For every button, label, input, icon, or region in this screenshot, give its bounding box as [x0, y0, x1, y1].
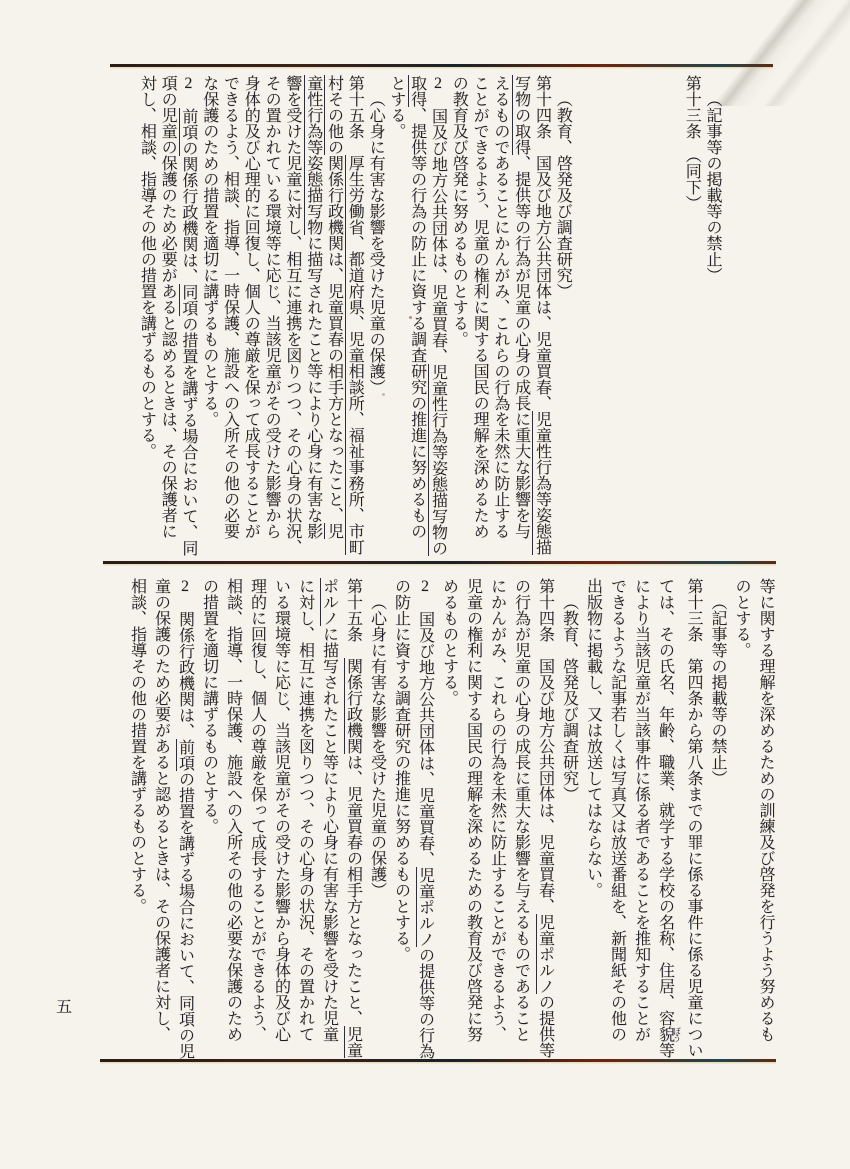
plain-text: の措置を講ずる場合において、同 — [180, 316, 197, 556]
plain-text: その置かれている環境等に応じ、当該児童がその受けた影響から — [263, 75, 280, 539]
plain-text: のとする。 — [733, 578, 750, 658]
scanned-page: （記事等の掲載等の禁止）第十三条 （同下）（教育、啓発及び調査研究）第十四条 国… — [0, 0, 850, 1169]
text-column: 第十三条 第四条から第八条までの罪に係る事件に係る児童につい — [681, 578, 705, 1060]
plain-text: の行為が児童の心身の成長に重大な影響を与えるものであること — [513, 578, 530, 1042]
plain-text: （記事等の掲載等の禁止） — [704, 91, 721, 283]
text-column: 2 国及び地方公共団体は、児童買春、児童ポルノの提供等の行為 — [413, 578, 437, 1060]
text-column: により当該児童が当該事件に係る者であることを推知することが — [629, 578, 653, 1060]
text-column: 理的に回復し、個人の尊厳を保って成長することができるよう、 — [245, 578, 269, 1060]
text-column: 童性行為等姿態描写物に描写されたこと等により心身に有害な影 — [302, 75, 323, 563]
article-heading-column: （教育、啓発及び調査研究） — [557, 578, 581, 1060]
text-column: な保護のための措置を適切に講ずるものとする。 — [198, 75, 219, 563]
plain-text: の措置を講ずる場合において、同項の児 — [177, 771, 194, 1059]
plain-text: 童の保護のため必要があると認めるときは、その保護者に対し、 — [153, 578, 170, 1042]
article-heading-column: （記事等の掲載等の禁止） — [705, 578, 729, 1060]
text-column: ことができるよう、児童の権利に関する国民の理解を深めるため — [468, 75, 489, 563]
emphasized-text: 前項 — [176, 739, 194, 771]
plain-text: （心身に有害な影響を受けた児童の保護） — [369, 594, 386, 898]
text-column: 第十四条 国及び地方公共団体は、児童買春、児童性行為等姿態描 — [531, 75, 552, 563]
text-column: の教育及び啓発に努めるものとする。 — [447, 75, 468, 563]
text-column: の行為が児童の心身の成長に重大な影響を与えるものであること — [509, 578, 533, 1060]
plain-text: 相談、指導、一時保護、施設への入所その他の必要な保護のため — [225, 578, 242, 1042]
text-column: ては、その氏名、年齢、職業、就学する学校の名称、住居、容貌ぼう等 — [653, 578, 682, 1060]
plain-text: に描写されたこと等により心身に有害な影 — [305, 235, 322, 539]
ruby-annotated-text: 貌ぼう — [657, 1026, 674, 1042]
text-column: 第十五条 厚生労働省、都道府県、児童相談所、福祉事務所、市町 — [343, 75, 364, 563]
plain-text: 関係行政機関は、 — [180, 156, 197, 284]
plain-text: いる環境等に応じ、当該児童がその受けた影響から身体的及び心 — [273, 578, 290, 1042]
plain-text: の防止に資する調査研究の推進に努めるものとする。 — [393, 578, 410, 962]
text-column: できるような記事若しくは写真又は放送番組を、新聞紙その他の — [605, 578, 629, 1060]
text-column: 相談、指導その他の措置を講ずるものとする。 — [125, 578, 149, 1060]
text-column: のとする。 — [729, 578, 753, 1060]
text-column: 項の児童の保護のため必要があると認めるときは、その保護者に — [156, 75, 177, 563]
emphasized-text: 写物の取得 — [512, 75, 530, 155]
text-column: 取得、提供等の行為の防止に資する調査研究の推進に努めるもの — [406, 75, 427, 563]
text-column: 2 前項の関係行政機関は、同項の措置を講ずる場合において、同 — [177, 75, 198, 563]
plain-text: 対し、相談、指導その他の措置を講ずるものとする。 — [138, 75, 155, 459]
emphasized-text: 児童ポルノ — [416, 867, 434, 947]
plain-text: とする。 — [388, 75, 405, 139]
plain-text: 、提供等の行為が児童の心身の成長に重大な影響を与 — [513, 155, 530, 539]
plain-text: に描写されたこと等により心身に有害な影響を受けた児童 — [321, 626, 338, 1042]
emphasized-text: 児童 — [344, 1026, 362, 1058]
emphasized-text: 前項の — [179, 108, 197, 156]
text-column: 第十五条 関係行政機関は、児童買春の相手方となったこと、児童 — [341, 578, 365, 1060]
text-column: 2 国及び地方公共団体は、児童買春、児童性行為等姿態描写物の — [427, 75, 448, 563]
plain-text: できるような記事若しくは写真又は放送番組を、新聞紙その他の — [609, 578, 626, 1042]
plain-text: ては、その氏名、年齢、職業、就学する学校の名称、住居、容 — [657, 578, 674, 1026]
article-heading-column: （心身に有害な影響を受けた児童の保護） — [365, 578, 389, 1060]
plain-text: ことができるよう、児童の権利に関する国民の理解を深めるため — [471, 75, 488, 539]
top-divider-rule — [110, 64, 773, 67]
column-gap — [572, 75, 680, 76]
emphasized-text: ポルノ — [320, 578, 338, 626]
plain-text: 児童の権利に関する国民の理解を深めるための教育及び啓発に努 — [465, 578, 482, 1042]
scan-speck — [382, 393, 385, 396]
plain-text: 響を受けた児童に対し、相互に連携を図りつつ、その心身の状況、 — [284, 75, 301, 555]
plain-text: 項の児童の保護のため必要があると認めるときは、その保護者に — [159, 75, 176, 539]
text-column: いる環境等に応じ、当該児童がその受けた影響から身体的及び心 — [269, 578, 293, 1060]
emphasized-text: 童性行為等姿態描写物 — [304, 75, 322, 235]
plain-text: の提供等の行為 — [417, 947, 434, 1059]
text-column: に対し、相互に連携を図りつつ、その心身の状況、その置かれて — [293, 578, 317, 1060]
plain-text: 等に関する理解を深めるための訓練及び啓発を行うよう努めるも — [757, 578, 774, 1042]
plain-text: 2 関係行政機関は、 — [177, 578, 194, 739]
text-column: 等に関する理解を深めるための訓練及び啓発を行うよう努めるも — [753, 578, 777, 1060]
text-column: めるものとする。 — [437, 578, 461, 1060]
text-column: その置かれている環境等に応じ、当該児童がその受けた影響から — [260, 75, 281, 563]
emphasized-text: 村その他の — [324, 75, 342, 155]
emphasized-text: 児童性行為等姿態描 — [532, 411, 550, 555]
article-heading-column: （教育、啓発及び調査研究） — [551, 75, 572, 563]
text-column: 写物の取得、提供等の行為が児童の心身の成長に重大な影響を与 — [510, 75, 531, 563]
text-column: できるよう、相談、指導、一時保護、施設への入所その他の必要 — [219, 75, 240, 563]
plain-text: は、児童買春の相手方となったこと、 — [345, 754, 362, 1026]
law-text-amended-section: （記事等の掲載等の禁止）第十三条 （同下）（教育、啓発及び調査研究）第十四条 国… — [136, 75, 722, 563]
plain-text: 等 — [657, 1042, 674, 1058]
text-column: ポルノに描写されたこと等により心身に有害な影響を受けた児童 — [317, 578, 341, 1060]
plain-text: 関係行政機関は、児童買春の相手方となったこと、 — [325, 155, 342, 523]
law-text-current-section: 等に関する理解を深めるための訓練及び啓発を行うよう努めるものとする。（記事等の掲… — [125, 578, 778, 1060]
text-column: 響を受けた児童に対し、相互に連携を図りつつ、その心身の状況、 — [281, 75, 302, 563]
plain-text: （教育、啓発及び調査研究） — [561, 594, 578, 802]
scan-speck — [409, 316, 412, 319]
plain-text: 身体的及び心理的に回復し、個人の尊厳を保って成長することが — [242, 75, 259, 539]
plain-text: 第十五条 — [346, 75, 363, 155]
plain-text: の教育及び啓発に努めるものとする。 — [450, 75, 467, 347]
plain-text: にかんがみ、これらの行為を未然に防止することができるよう、 — [489, 578, 506, 1042]
text-column: えるものであることにかんがみ、これらの行為を未然に防止する — [489, 75, 510, 563]
emphasized-text: 児 — [324, 523, 342, 539]
plain-text: えるものであることにかんがみ、これらの行為を未然に防止する — [492, 75, 509, 539]
emphasized-text: 関係行政機関 — [344, 658, 362, 754]
text-column: にかんがみ、これらの行為を未然に防止することができるよう、 — [485, 578, 509, 1060]
plain-text: 2 国及び地方公共団体は、児童買春、 — [417, 578, 434, 867]
plain-text: 、提供等の行為の防止に資する調査研究の推進に努めるもの — [409, 107, 426, 539]
plain-text: により当該児童が当該事件に係る者であることを推知することが — [633, 578, 650, 1042]
plain-text: めるものとする。 — [441, 578, 458, 706]
text-column: の措置を適切に講ずるものとする。 — [197, 578, 221, 1060]
plain-text: な保護のための措置を適切に講ずるものとする。 — [201, 75, 218, 427]
text-column: 児童の権利に関する国民の理解を深めるための教育及び啓発に努 — [461, 578, 485, 1060]
text-column: 身体的及び心理的に回復し、個人の尊厳を保って成長することが — [240, 75, 261, 563]
plain-text: 理的に回復し、個人の尊厳を保って成長することができるよう、 — [249, 578, 266, 1042]
emphasized-text: 取得 — [408, 75, 426, 107]
plain-text: （心身に有害な影響を受けた児童の保護） — [367, 91, 384, 395]
emphasized-text: 児童性行為等姿態描写物の — [428, 364, 446, 556]
text-column: 対し、相談、指導その他の措置を講ずるものとする。 — [136, 75, 157, 563]
plain-text: （記事等の掲載等の禁止） — [709, 594, 726, 786]
plain-text: 相談、指導その他の措置を講ずるものとする。 — [129, 578, 146, 914]
emphasized-text: 同項 — [179, 284, 197, 316]
text-column: 第十四条 国及び地方公共団体は、児童買春、児童ポルノの提供等 — [533, 578, 557, 1060]
emphasized-text: 厚生労働省、都道府県、児童相談所、福祉事務所、市町 — [345, 155, 363, 555]
text-column: 出版物に掲載し、又は放送してはならない。 — [581, 578, 605, 1060]
article-heading-column: （心身に有害な影響を受けた児童の保護） — [364, 75, 385, 563]
plain-text: 2 国及び地方公共団体は、児童買春、 — [429, 75, 446, 364]
plain-text: 第十三条 第四条から第八条までの罪に係る事件に係る児童につい — [685, 578, 702, 1058]
text-column: 相談、指導、一時保護、施設への入所その他の必要な保護のため — [221, 578, 245, 1060]
text-column: 童の保護のため必要があると認めるときは、その保護者に対し、 — [149, 578, 173, 1060]
emphasized-text: 児童ポルノ — [536, 914, 554, 994]
plain-text: （教育、啓発及び調査研究） — [554, 91, 571, 299]
plain-text: の措置を適切に講ずるものとする。 — [201, 578, 218, 834]
text-column: の防止に資する調査研究の推進に努めるものとする。 — [389, 578, 413, 1060]
article-heading-column: （記事等の掲載等の禁止） — [701, 75, 722, 563]
plain-text: 第十三条 （同下） — [683, 75, 700, 211]
page-number: 五 — [56, 994, 72, 1017]
text-column: 2 関係行政機関は、前項の措置を講ずる場合において、同項の児 — [173, 578, 197, 1060]
text-column: 村その他の関係行政機関は、児童買春の相手方となったこと、児 — [323, 75, 344, 563]
plain-text: 第十四条 国及び地方公共団体は、児童買春、 — [533, 75, 550, 411]
scan-speck — [536, 233, 539, 236]
plain-text: 第十五条 — [345, 578, 362, 658]
plain-text: できるよう、相談、指導、一時保護、施設への入所その他の必要 — [222, 75, 239, 539]
plain-text: に対し、相互に連携を図りつつ、その心身の状況、その置かれて — [297, 578, 314, 1042]
plain-text: 出版物に掲載し、又は放送してはならない。 — [585, 578, 602, 898]
plain-text: の提供等 — [537, 994, 554, 1058]
text-column: 第十三条 （同下） — [680, 75, 701, 563]
text-column: とする。 — [385, 75, 406, 563]
plain-text: 第十四条 国及び地方公共団体は、児童買春、 — [537, 578, 554, 914]
plain-text: 2 — [180, 75, 197, 108]
